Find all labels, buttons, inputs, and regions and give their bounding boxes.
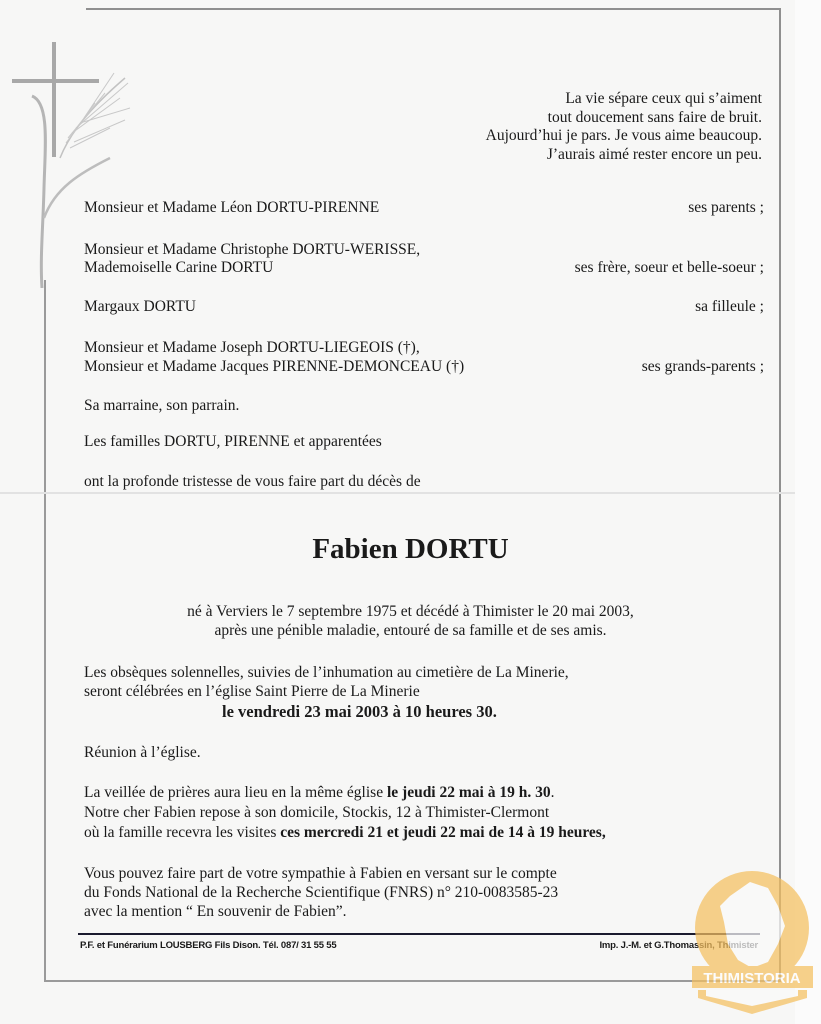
families: Les familles DORTU, PIRENNE et apparenté… xyxy=(84,433,382,451)
announcement: ont la profonde tristesse de vous faire … xyxy=(84,473,421,491)
family-name: Monsieur et Madame Jacques PIRENNE-DEMON… xyxy=(84,358,464,376)
fold-crease xyxy=(0,492,795,494)
vigil: La veillée de prières aura lieu en la mê… xyxy=(84,784,554,802)
frame-border-bottom xyxy=(44,980,781,982)
sympathy-line: Vous pouvez faire part de votre sympathi… xyxy=(84,865,557,883)
poem-line: tout doucement sans faire de bruit. xyxy=(486,109,762,128)
funeral-date: le vendredi 23 mai 2003 à 10 heures 30. xyxy=(222,703,497,721)
circumstances: après une pénible maladie, entouré de sa… xyxy=(0,621,821,641)
birth-death: né à Verviers le 7 septembre 1975 et déc… xyxy=(0,602,821,622)
rest-place: Notre cher Fabien repose à son domicile,… xyxy=(84,804,549,822)
funeral-line: seront célébrées en l’église Saint Pierr… xyxy=(84,683,420,701)
meeting: Réunion à l’église. xyxy=(84,744,201,762)
sympathy-line: du Fonds National de la Recherche Scient… xyxy=(84,884,558,902)
deceased-name: Fabien DORTU xyxy=(0,533,821,566)
footer-rule xyxy=(78,933,760,935)
family-name: Monsieur et Madame Christophe DORTU-WERI… xyxy=(84,241,420,259)
poem: La vie sépare ceux qui s’aiment tout dou… xyxy=(486,90,762,164)
family-relation: ses parents ; xyxy=(688,199,764,217)
poem-line: La vie sépare ceux qui s’aiment xyxy=(486,90,762,109)
poem-line: J’aurais aimé rester encore un peu. xyxy=(486,146,762,165)
thimistoria-logo-icon: THIMISTORIA xyxy=(690,866,815,1016)
godparents: Sa marraine, son parrain. xyxy=(84,397,239,415)
family-name: Monsieur et Madame Joseph DORTU-LIEGEOIS… xyxy=(84,339,420,357)
poem-line: Aujourd’hui je pars. Je vous aime beauco… xyxy=(486,127,762,146)
sympathy-line: avec la mention “ En souvenir de Fabien”… xyxy=(84,903,347,921)
family-name: Margaux DORTU xyxy=(84,298,196,316)
funeral-home: P.F. et Funérarium LOUSBERG Fils Dison. … xyxy=(80,940,336,951)
svg-text:THIMISTORIA: THIMISTORIA xyxy=(703,970,800,987)
family-name: Mademoiselle Carine DORTU xyxy=(84,259,273,277)
family-relation: sa filleule ; xyxy=(695,298,764,316)
frame-border-right xyxy=(779,8,781,982)
visits: où la famille recevra les visites ces me… xyxy=(84,824,606,842)
family-name: Monsieur et Madame Léon DORTU-PIRENNE xyxy=(84,199,379,217)
family-relation: ses grands-parents ; xyxy=(642,358,764,376)
funeral-line: Les obsèques solennelles, suivies de l’i… xyxy=(84,664,569,682)
family-relation: ses frère, soeur et belle-soeur ; xyxy=(575,259,764,277)
frame-border-top xyxy=(86,8,780,10)
